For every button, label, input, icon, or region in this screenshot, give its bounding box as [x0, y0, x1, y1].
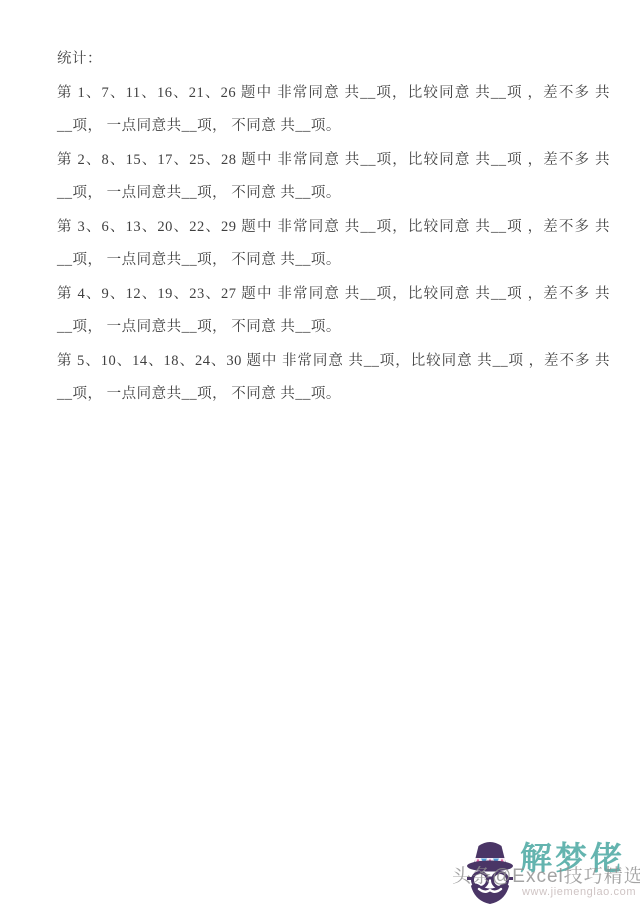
- paragraph-line: 第 4、9、12、19、23、27 题中 非常同意 共__项，比较同意 共__项…: [57, 278, 610, 312]
- watermark-url-text: www.jiemenglao.com: [522, 887, 636, 898]
- watermark-credit-text: 头条@Excel技巧精选: [452, 867, 640, 886]
- paragraph: 第 5、10、14、18、24、30 题中 非常同意 共__项，比较同意 共__…: [57, 345, 610, 412]
- paragraph-line: 第 3、6、13、20、22、29 题中 非常同意 共__项，比较同意 共__项…: [57, 211, 610, 245]
- paragraph-line: __项， 一点同意共__项， 不同意 共__项。: [57, 311, 610, 345]
- paragraph-line: __项， 一点同意共__项， 不同意 共__项。: [57, 110, 610, 144]
- paragraph: 第 4、9、12、19、23、27 题中 非常同意 共__项，比较同意 共__项…: [57, 278, 610, 345]
- document-body: 统计： 第 1、7、11、16、21、26 题中 非常同意 共__项，比较同意 …: [57, 43, 610, 412]
- paragraph-line: 第 5、10、14、18、24、30 题中 非常同意 共__项，比较同意 共__…: [57, 345, 610, 379]
- paragraph: 第 2、8、15、17、25、28 题中 非常同意 共__项，比较同意 共__项…: [57, 144, 610, 211]
- paragraph-line: 第 1、7、11、16、21、26 题中 非常同意 共__项，比较同意 共__项…: [57, 77, 610, 111]
- site-watermark: 解梦佬 头条@Excel技巧精选 www.jiemenglao.com: [452, 834, 640, 905]
- section-heading: 统计：: [57, 43, 610, 77]
- paragraph: 第 3、6、13、20、22、29 题中 非常同意 共__项，比较同意 共__项…: [57, 211, 610, 278]
- paragraph: 第 1、7、11、16、21、26 题中 非常同意 共__项，比较同意 共__项…: [57, 77, 610, 144]
- paragraph-line: 第 2、8、15、17、25、28 题中 非常同意 共__项，比较同意 共__项…: [57, 144, 610, 178]
- paragraph-line: __项， 一点同意共__项， 不同意 共__项。: [57, 378, 610, 412]
- paragraph-line: __项， 一点同意共__项， 不同意 共__项。: [57, 244, 610, 278]
- paragraph-line: __项， 一点同意共__项， 不同意 共__项。: [57, 177, 610, 211]
